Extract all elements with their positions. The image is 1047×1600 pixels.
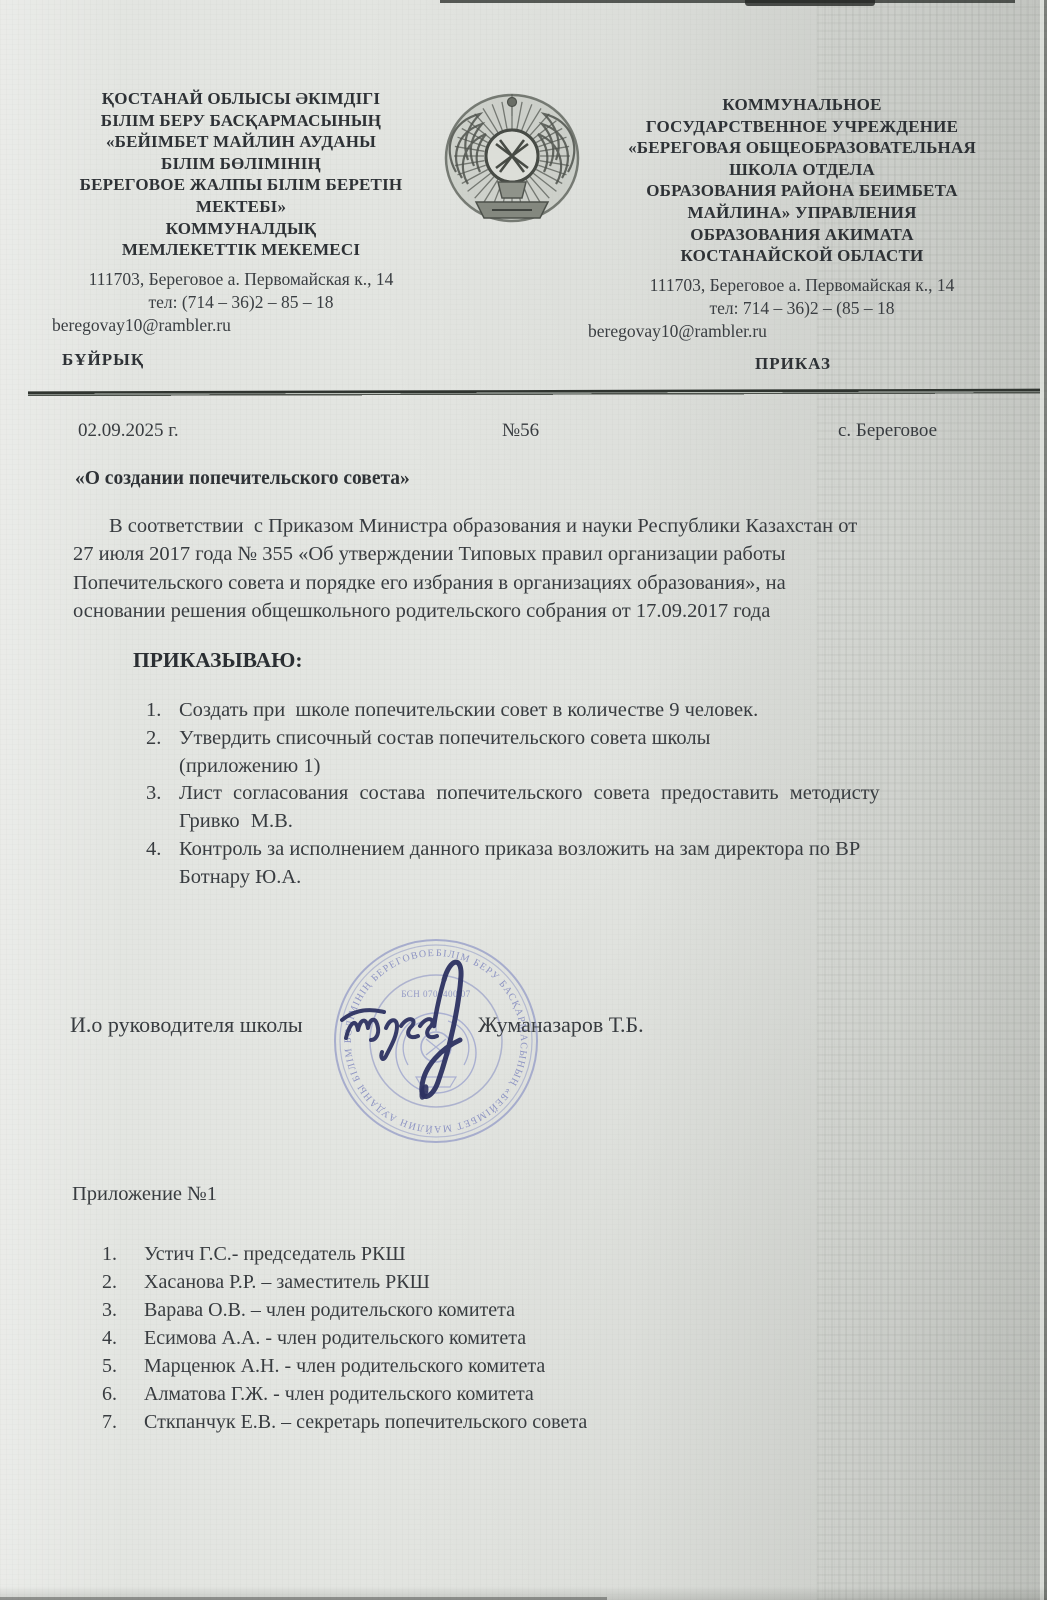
scan-edge-top-blob: [745, 0, 875, 6]
signatory-title: И.о руководителя школы: [70, 1012, 303, 1038]
order-items-list: 1.Создать при школе попечительскии совет…: [146, 697, 1004, 892]
item-number: 2.: [102, 1268, 144, 1296]
letterhead-line: БІЛІМ БӨЛІМІНІҢ: [52, 153, 430, 175]
appendix-member: 4.Есимова А.А. - член родительского коми…: [102, 1324, 822, 1352]
letterhead-kazakh-address: 111703, Береговое а. Первомайская к., 14…: [52, 268, 430, 337]
order-word-kazakh: БҰЙРЫҚ: [62, 350, 144, 370]
letterhead-line: МЕКТЕБІ»: [52, 196, 430, 218]
item-text: Есимова А.А. - член родительского комите…: [144, 1324, 822, 1352]
item-text: Утвердить списочный состав попечительско…: [179, 725, 1004, 781]
item-text: Алматова Г.Ж. - член родительского комит…: [144, 1380, 822, 1408]
item-number: 1.: [102, 1240, 144, 1268]
item-number: 5.: [102, 1352, 144, 1380]
signatory-name: Жуманазаров Т.Б.: [478, 1012, 644, 1038]
letterhead-line: ШКОЛА ОТДЕЛА: [588, 159, 1016, 181]
kazakhstan-state-emblem-icon: [436, 86, 588, 236]
letterhead-address-line: тел: (714 – 36)2 – 85 – 18: [52, 291, 430, 314]
letterhead-line: ҚОСТАНАЙ ОБЛЫСЫ ӘКІМДІГІ: [52, 88, 430, 110]
letterhead-russian-org-name: КОММУНАЛЬНОЕГОСУДАРСТВЕННОЕ УЧРЕЖДЕНИЕ«Б…: [588, 94, 1016, 267]
appendix-member: 6.Алматова Г.Ж. - член родительского ком…: [102, 1380, 822, 1408]
item-number: 7.: [102, 1408, 144, 1436]
appendix-member: 2.Хасанова Р.Р. – заместитель РКШ: [102, 1268, 822, 1296]
resolution-heading: ПРИКАЗЫВАЮ:: [133, 648, 303, 673]
letterhead-line: БІЛІМ БЕРУ БАСҚАРМАСЫНЫҢ: [52, 110, 430, 132]
item-number: 1.: [146, 697, 179, 725]
appendix-member: 3.Варава О.В. – член родительского комит…: [102, 1296, 822, 1324]
letterhead-line: БЕРЕГОВОЕ ЖАЛПЫ БІЛІМ БЕРЕТІН: [52, 174, 430, 196]
order-date: 02.09.2025 г.: [78, 420, 179, 442]
item-number: 3.: [102, 1296, 144, 1324]
order-title: «О создании попечительского совета»: [75, 468, 410, 490]
letterhead-kazakh-org-name: ҚОСТАНАЙ ОБЛЫСЫ ӘКІМДІГІБІЛІМ БЕРУ БАСҚА…: [52, 88, 430, 261]
letterhead-divider-rule: [28, 389, 1040, 398]
item-text: Хасанова Р.Р. – заместитель РКШ: [144, 1268, 822, 1296]
item-text: Марценюк А.Н. - член родительского комит…: [144, 1352, 822, 1380]
letterhead-line: «БЕЙІМБЕТ МАЙЛИН АУДАНЫ: [52, 131, 430, 153]
appendix-member: 7.Сткпанчук Е.В. – секретарь попечительс…: [102, 1408, 822, 1436]
letterhead-address-line: beregovay10@rambler.ru: [588, 320, 1016, 343]
order-item: 3.Лист согласования состава попечительск…: [146, 780, 1004, 836]
item-text: Контроль за исполнением данного приказа …: [179, 836, 1004, 892]
letterhead-line: ГОСУДАРСТВЕННОЕ УЧРЕЖДЕНИЕ: [588, 116, 1016, 138]
letterhead-line: КОММУНАЛДЫҚ: [52, 218, 430, 240]
handwritten-signature: [338, 946, 486, 1118]
order-preamble: В соответствии с Приказом Министра образ…: [73, 512, 1013, 625]
order-number: №56: [502, 420, 539, 442]
letterhead-russian-block: КОММУНАЛЬНОЕГОСУДАРСТВЕННОЕ УЧРЕЖДЕНИЕ«Б…: [588, 94, 1016, 343]
letterhead-russian-address: 111703, Береговое а. Первомайская к., 14…: [588, 274, 1016, 343]
letterhead-address-line: тел: 714 – 36)2 – (85 – 18: [588, 297, 1016, 320]
letterhead-line: «БЕРЕГОВАЯ ОБЩЕОБРАЗОВАТЕЛЬНАЯ: [588, 137, 1016, 159]
appendix-member: 1.Устич Г.С.- председатель РКШ: [102, 1240, 822, 1268]
order-item: 2.Утвердить списочный состав попечительс…: [146, 725, 1004, 781]
order-item: 4.Контроль за исполнением данного приказ…: [146, 836, 1004, 892]
order-word-russian: ПРИКАЗ: [755, 354, 831, 374]
item-text: Сткпанчук Е.В. – секретарь попечительско…: [144, 1408, 822, 1436]
item-number: 3.: [146, 780, 179, 836]
item-text: Устич Г.С.- председатель РКШ: [144, 1240, 822, 1268]
item-number: 6.: [102, 1380, 144, 1408]
letterhead-line: КОСТАНАЙСКОЙ ОБЛАСТИ: [588, 245, 1016, 267]
item-text: Варава О.В. – член родительского комитет…: [144, 1296, 822, 1324]
letterhead-line: МЕМЛЕКЕТТІК МЕКЕМЕСІ: [52, 239, 430, 261]
letterhead-line: КОММУНАЛЬНОЕ: [588, 94, 1016, 116]
appendix-member: 5.Марценюк А.Н. - член родительского ком…: [102, 1352, 822, 1380]
letterhead-line: МАЙЛИНА» УПРАВЛЕНИЯ: [588, 202, 1016, 224]
item-text: Создать при школе попечительскии совет в…: [179, 697, 1004, 725]
appendix-title: Приложение №1: [72, 1183, 217, 1206]
order-item: 1.Создать при школе попечительскии совет…: [146, 697, 1004, 725]
letterhead-line: ОБРАЗОВАНИЯ РАЙОНА БЕИМБЕТА: [588, 180, 1016, 202]
item-text: Лист согласования состава попечительског…: [179, 780, 1004, 836]
letterhead-kazakh-block: ҚОСТАНАЙ ОБЛЫСЫ ӘКІМДІГІБІЛІМ БЕРУ БАСҚА…: [52, 88, 430, 337]
scanned-order-document: ҚОСТАНАЙ ОБЛЫСЫ ӘКІМДІГІБІЛІМ БЕРУ БАСҚА…: [0, 0, 1047, 1600]
letterhead-address-line: 111703, Береговое а. Первомайская к., 14: [52, 268, 430, 291]
letterhead-address-line: beregovay10@rambler.ru: [52, 314, 430, 337]
order-place: с. Береговое: [838, 420, 937, 442]
item-number: 4.: [102, 1324, 144, 1352]
item-number: 4.: [146, 836, 179, 892]
appendix-members-list: 1.Устич Г.С.- председатель РКШ2.Хасанова…: [102, 1240, 822, 1436]
item-number: 2.: [146, 725, 179, 781]
scan-edge-top: [440, 0, 1015, 3]
letterhead-line: ОБРАЗОВАНИЯ АКИМАТА: [588, 224, 1016, 246]
letterhead-address-line: 111703, Береговое а. Первомайская к., 14: [588, 274, 1016, 297]
